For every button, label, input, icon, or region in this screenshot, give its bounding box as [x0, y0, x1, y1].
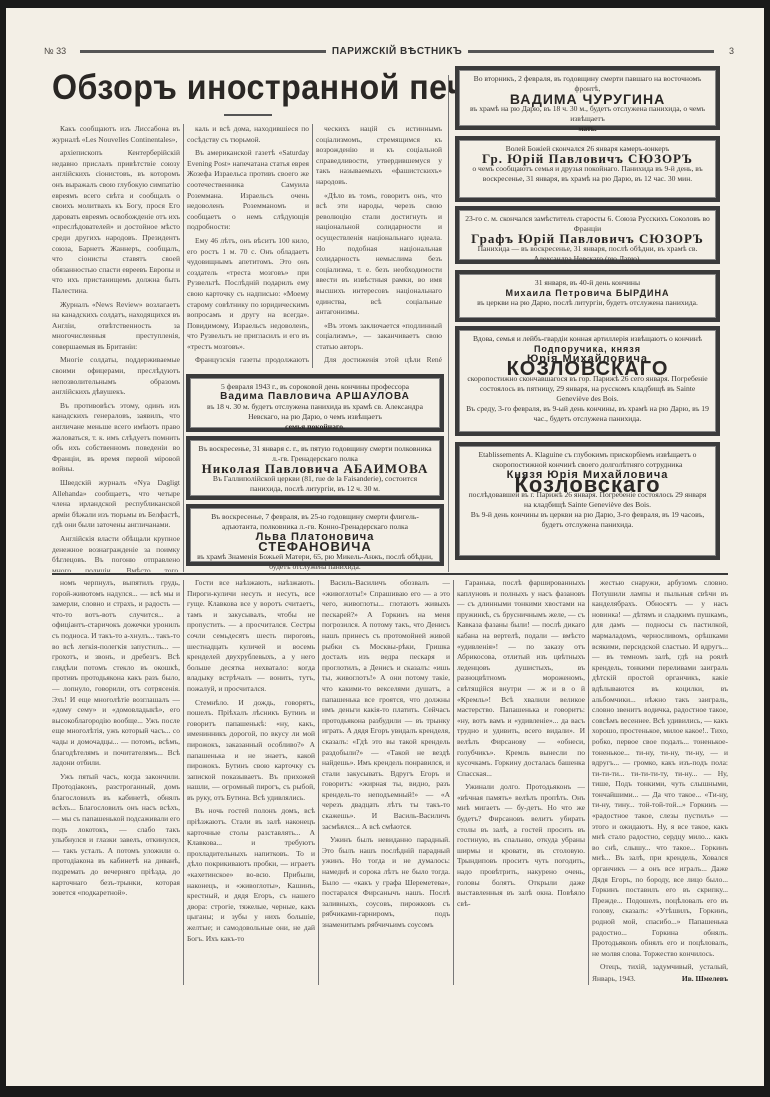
- paragraph: Шведскій журналъ «Nya Dagligt Allehanda»…: [52, 478, 180, 531]
- story-author: Ив. Шмелевъ: [682, 974, 728, 983]
- obituary-notice-abaimov: Въ воскресенье, 31 января с. г., въ пяту…: [186, 436, 444, 500]
- paragraph: ческихъ націй съ истиннымъ соціализмомъ,…: [316, 124, 442, 188]
- paragraph: жестью снаружи, арбузомъ словно. Потушил…: [592, 578, 728, 959]
- masthead-rule-left: [80, 50, 326, 53]
- obituary-notice-syuzor-count: 23-го с. м. скончался замѣститель старос…: [455, 206, 720, 264]
- paragraph: Въ ночь гостей полонъ домъ, всѣ пріѣзжаю…: [187, 806, 315, 944]
- story-column-3: Василь-Василичъ обозвалъ — «живоглоты!» …: [322, 578, 450, 988]
- notice-name: мать.: [465, 124, 710, 134]
- notice-name: Козловскаго: [465, 480, 710, 490]
- story-column-2: Гости все наѣзжають, наѣзжають. Пироги-к…: [187, 578, 315, 988]
- paragraph: Французскія газеты продолжаютъ анализиро…: [187, 355, 309, 368]
- notice-name: Графъ Юрій Павловичъ СЮЗОРЪ: [465, 234, 710, 244]
- notice-text: скоропостижно скончавшагося въ гор. Пари…: [465, 374, 710, 404]
- notice-text: Въ среду, 3-го февраля, въ 9-ый день кон…: [465, 404, 710, 424]
- paragraph: Ужъ пятый часъ, когда закончили. Протоді…: [52, 772, 180, 899]
- notice-text: въ храмѣ на рю Дарю, въ 18 ч. 30 м., буд…: [465, 104, 710, 124]
- paragraph: «Дѣло въ томъ, говоритъ онъ, что всѣ эти…: [316, 191, 442, 318]
- paragraph: Англійскія власти обѣщали крупное денежн…: [52, 534, 180, 572]
- page-number: 3: [720, 46, 734, 56]
- column-divider: [588, 580, 589, 985]
- paragraph: Отецъ, тихій, задумчивый, усталый, сидѣл…: [592, 962, 728, 974]
- issue-number: № 33: [44, 46, 74, 56]
- article-column-1: Какъ сообщаютъ изъ Лиссабона въ журналѣ …: [52, 124, 180, 572]
- column-divider: [183, 580, 184, 985]
- paragraph: Въ противовѣсъ этому, одинъ изъ канадски…: [52, 401, 180, 475]
- notice-name: СТЕФАНОВИЧА: [196, 542, 434, 552]
- notice-text: въ храмѣ Знаменія Божьей Матери, 65, рю …: [196, 552, 434, 572]
- section-divider: [52, 573, 728, 575]
- obituary-notice-kozlovsky-klaguine: Etablissements A. Klaguine съ глубокимъ …: [455, 442, 720, 560]
- obituary-notice-churugin: Во вторникъ, 2 февраля, въ годовщину сме…: [455, 66, 720, 130]
- column-divider: [318, 580, 319, 985]
- notice-text: 31 января, въ 40-й день кончины: [465, 278, 710, 288]
- notice-text: Въ Галлиполійской церкви (81, rue de la …: [196, 474, 434, 494]
- masthead: № 33 ПАРИЖСКІЙ ВѢСТНИКЪ 3: [44, 44, 734, 58]
- story-dateline: Январь, 1943.: [592, 974, 636, 983]
- column-divider: [453, 580, 454, 985]
- article-headline: Обзоръ иностранной печати: [52, 68, 411, 108]
- notice-text: въ 18 ч. 30 м. будетъ отслужена панихида…: [196, 402, 434, 422]
- notice-name: семья покойнаго.: [196, 422, 434, 432]
- column-divider: [183, 124, 184, 572]
- notice-text: послѣдовавшей въ г. Парижѣ 26 января. По…: [465, 490, 710, 510]
- paragraph: Журналъ «News Review» возлагаетъ на кана…: [52, 300, 180, 353]
- obituary-notice-arshaulov: 5 февраля 1943 г., въ сороковой день кон…: [186, 374, 444, 432]
- notice-name: ВАДИМА ЧУРУГИНА: [465, 94, 710, 104]
- obituary-notice-stefanovich: Въ воскресенье, 7 февраля, въ 25-ю годов…: [186, 504, 444, 566]
- paragraph: Гаранька, послѣ фаршированныхъ каплуновъ…: [457, 578, 585, 779]
- masthead-rule-right: [468, 50, 714, 53]
- story-signature: Январь, 1943. Ив. Шмелевъ: [592, 974, 728, 983]
- paragraph: Гости все наѣзжають, наѣзжають. Пироги-к…: [187, 578, 315, 695]
- obituary-notice-kozlovsky-family: Вдова, семья и лейбъ-гвардіи конная арти…: [455, 326, 720, 436]
- article-column-2: каль и всѣ дома, находившіеся по сосѣдст…: [187, 124, 309, 368]
- column-divider: [448, 75, 449, 572]
- newspaper-title: ПАРИЖСКІЙ ВѢСТНИКЪ: [332, 46, 462, 57]
- obituary-notice-byrdin: 31 января, въ 40-й день кончиныМихаила П…: [455, 270, 720, 322]
- notice-name: Гр. Юрій Павловичъ СЮЗОРЪ: [465, 154, 710, 164]
- notice-text: Панихида — въ воскресенье, 31 января, по…: [465, 244, 710, 264]
- paragraph: Многіе солдаты, поддерживаемые своими оф…: [52, 355, 180, 397]
- story-column-4: Гаранька, послѣ фаршированныхъ каплуновъ…: [457, 578, 585, 988]
- notice-text: Вдова, семья и лейбъ-гвардіи конная арти…: [465, 334, 710, 344]
- notice-text: Etablissements A. Klaguine съ глубокимъ …: [465, 450, 710, 470]
- story-column-5: жестью снаружи, арбузомъ словно. Потушил…: [592, 578, 728, 974]
- notice-text: Въ 9-й день кончины въ церкви на рю Дарю…: [465, 510, 710, 530]
- notice-text: о чемъ сообщаютъ семья и друзья покойнаг…: [465, 164, 710, 184]
- headline-rule: [224, 114, 272, 116]
- paragraph: «Въ этомъ заключается «подлинный соціали…: [316, 321, 442, 353]
- notice-text: Въ воскресенье, 7 февраля, въ 25-ю годов…: [196, 512, 434, 532]
- paragraph: Ужинъ былъ невиданно парадный. Это былъ …: [322, 835, 450, 930]
- paragraph: Василь-Василичъ обозвалъ — «живоглоты!» …: [322, 578, 450, 832]
- notice-name: Вадима Павловича АРШАУЛОВА: [196, 392, 434, 402]
- column-divider: [312, 124, 313, 368]
- paragraph: Ужинали долго. Протодьяконъ — «вѣчная па…: [457, 782, 585, 909]
- obituary-notice-syuzor: Волей Божіей скончался 26 января камеръ-…: [455, 136, 720, 202]
- notice-name: Николая Павловича АБАИМОВА: [196, 464, 434, 474]
- paragraph: Стемнѣло. И дождь, говорятъ, пошелъ. Прі…: [187, 698, 315, 804]
- paragraph: Какъ сообщаютъ изъ Лиссабона въ журналѣ …: [52, 124, 180, 145]
- article-column-3: ческихъ націй съ истиннымъ соціализмомъ,…: [316, 124, 442, 368]
- paragraph: Въ американской газетѣ «Saturday Evening…: [187, 148, 309, 233]
- notice-text: въ церкви на рю Дарю, послѣ литургіи, бу…: [465, 298, 710, 308]
- paragraph: Ему 46 лѣтъ, онъ вѣситъ 100 кило, его ро…: [187, 236, 309, 353]
- notice-name: КОЗЛОВСКАГО: [465, 364, 710, 374]
- paragraph: номъ черпнулъ, выпятилъ грудь, горой-жив…: [52, 578, 180, 769]
- story-column-1: номъ черпнулъ, выпятилъ грудь, горой-жив…: [52, 578, 180, 988]
- paragraph: архіепископъ Кентерберійскій недавно при…: [52, 148, 180, 296]
- paragraph: каль и всѣ дома, находившіеся по сосѣдст…: [187, 124, 309, 145]
- paragraph: Для достиженія этой цѣли René Chateau въ…: [316, 355, 442, 368]
- notice-name: Михаила Петровича БЫРДИНА: [465, 288, 710, 298]
